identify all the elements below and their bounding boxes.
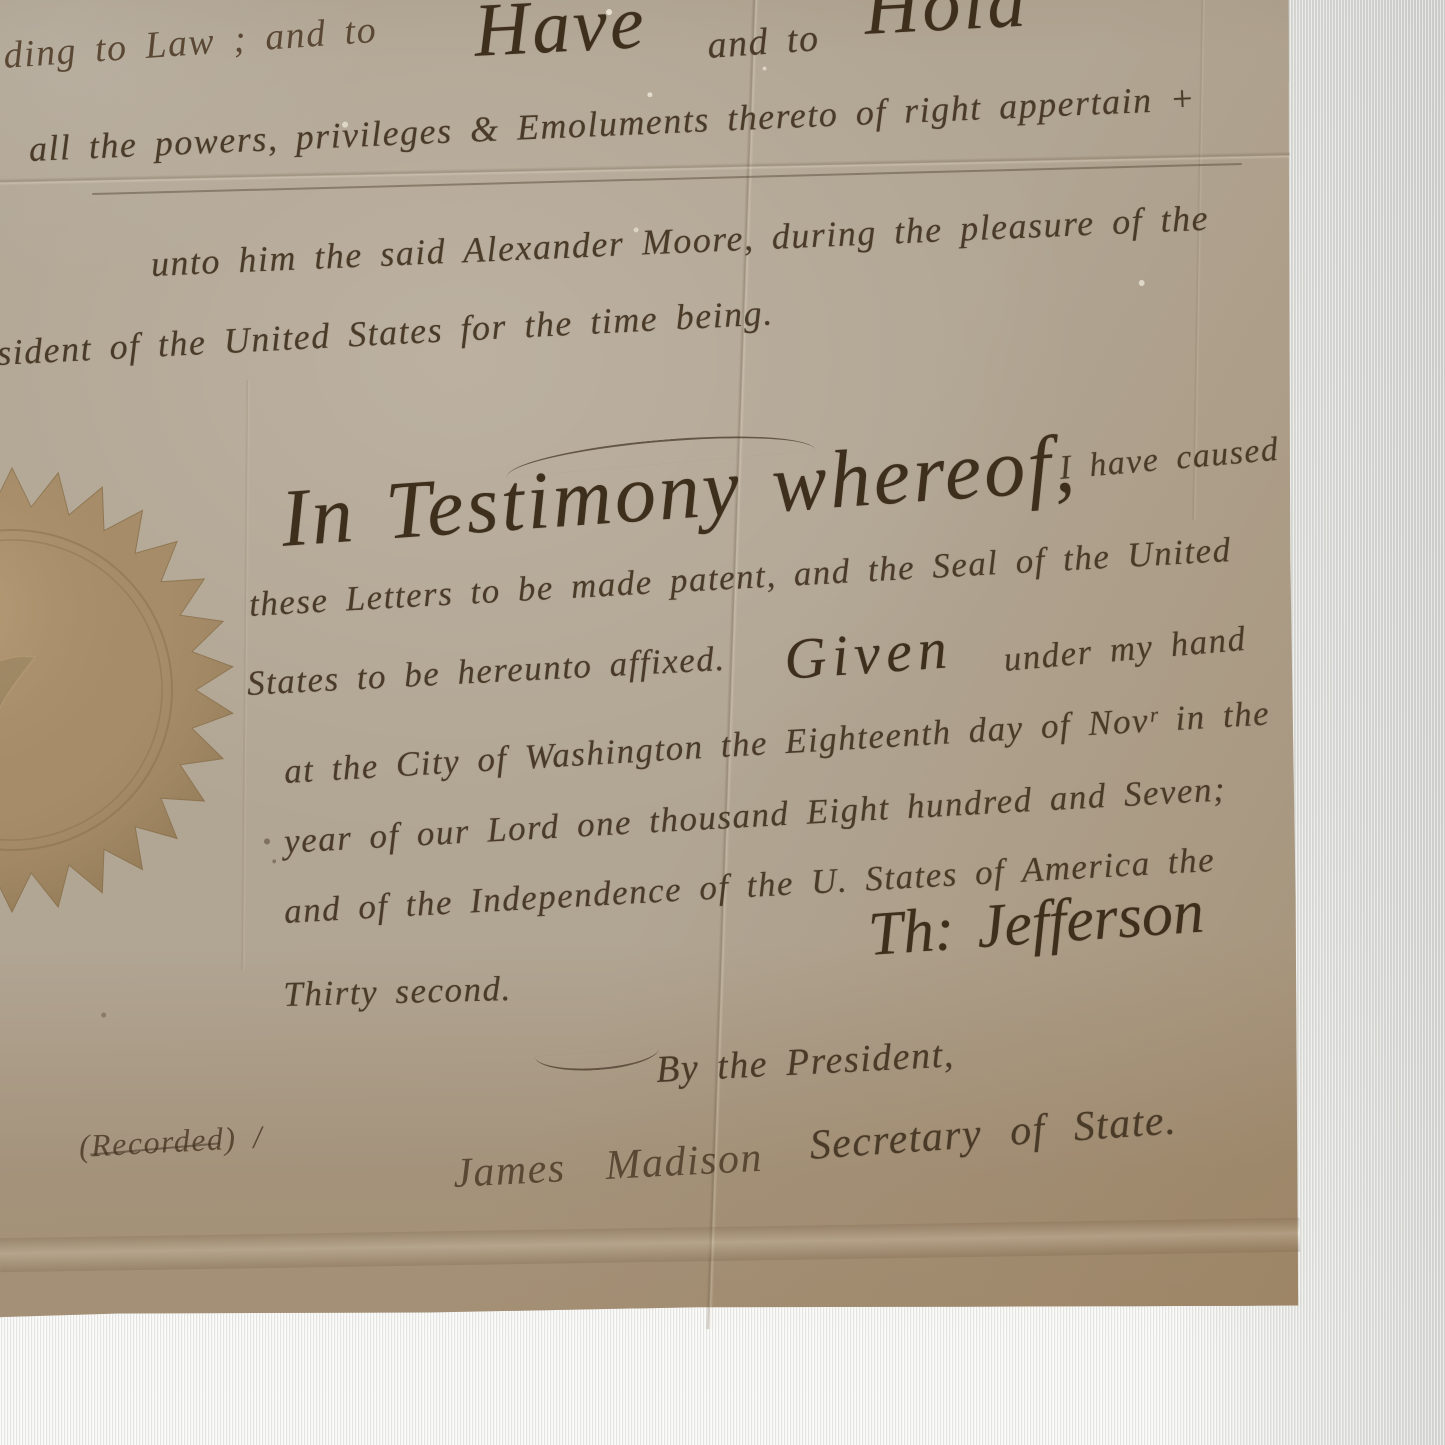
great-seal-embossed-icon (0, 465, 237, 915)
handwriting-line10-thirty-second: Thirty second. (283, 969, 512, 1015)
handwriting-line1-have: Have (472, 0, 649, 75)
photo-of-document: ding to Law ; and to Have and to Hold th… (0, 0, 1445, 1445)
handwriting-line1-hold: Hold (862, 0, 1030, 53)
handwriting-line1-mid: and to (706, 16, 821, 68)
handwriting-line6-given: Given (782, 614, 955, 693)
